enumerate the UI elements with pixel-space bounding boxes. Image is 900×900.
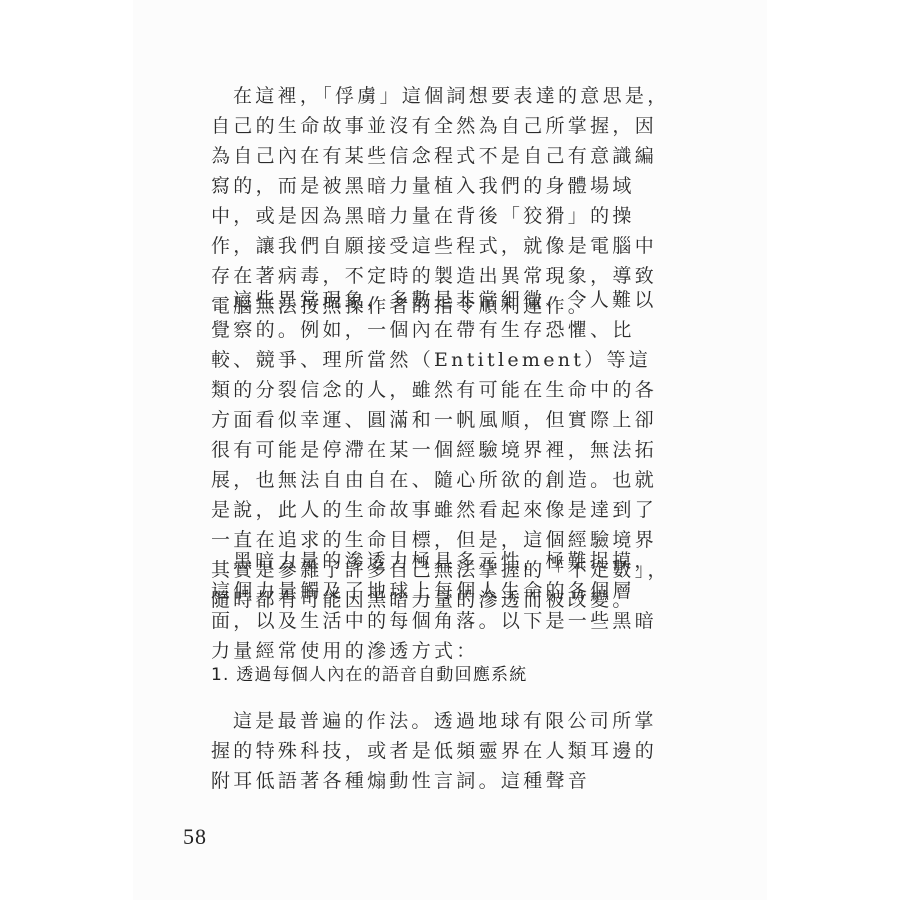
page-number: 58 — [183, 824, 207, 850]
document-viewport: 在這裡，「俘虜」這個詞想要表達的意思是，自己的生命故事並沒有全然為自己所掌握，因… — [0, 0, 900, 900]
section-heading: 1. 透過每個人內在的語音自動回應系統 — [211, 660, 671, 690]
paragraph-infiltration-methods: 黑暗力量的滲透力極具多元性，極難捉摸，這個力量觸及了地球上每個人生命的各個層面，… — [211, 546, 671, 666]
paragraph-section-1: 這是最普遍的作法。透過地球有限公司所掌握的特殊科技，或者是低頻靈界在人類耳邊的附… — [211, 706, 671, 796]
